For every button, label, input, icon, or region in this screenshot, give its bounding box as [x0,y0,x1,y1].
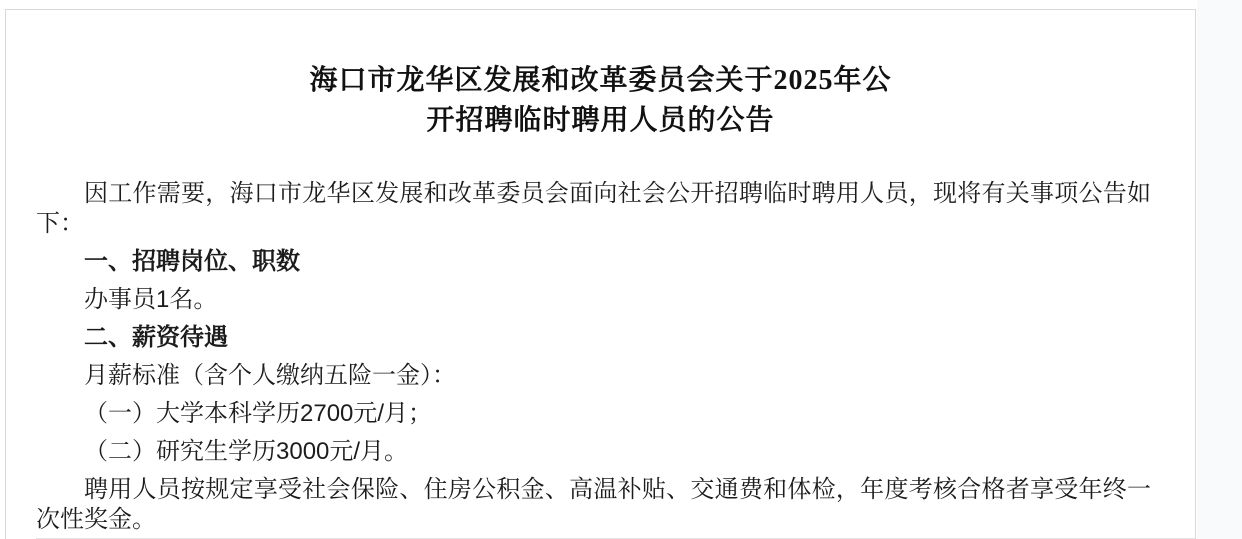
document-title-line-1: 海口市龙华区发展和改革委员会关于2025年公 [6,61,1195,101]
document-body: 因工作需要，海口市龙华区发展和改革委员会面向社会公开招聘临时聘用人员，现将有关事… [6,141,1195,535]
paragraph: （二）研究生学历3000元/月。 [36,437,1151,467]
paragraph: （一）大学本科学历2700元/月； [36,399,1151,429]
paragraph: 聘用人员按规定享受社会保险、住房公积金、高温补贴、交通费和体检，年度考核合格者享… [36,475,1151,535]
document-title-line-2: 开招聘临时聘用人员的公告 [6,101,1195,141]
paragraph: 月薪标准（含个人缴纳五险一金）： [36,361,1151,391]
announcement-document-page: 海口市龙华区发展和改革委员会关于2025年公 开招聘临时聘用人员的公告 因工作需… [5,9,1196,539]
section-heading: 一、招聘岗位、职数 [36,247,1151,277]
paragraph: 办事员1名。 [36,285,1151,315]
document-title: 海口市龙华区发展和改革委员会关于2025年公 开招聘临时聘用人员的公告 [6,61,1195,141]
section-heading: 二、薪资待遇 [36,323,1151,353]
paragraph: 因工作需要，海口市龙华区发展和改革委员会面向社会公开招聘临时聘用人员，现将有关事… [36,179,1151,239]
page-outside-gutter [1197,0,1242,539]
